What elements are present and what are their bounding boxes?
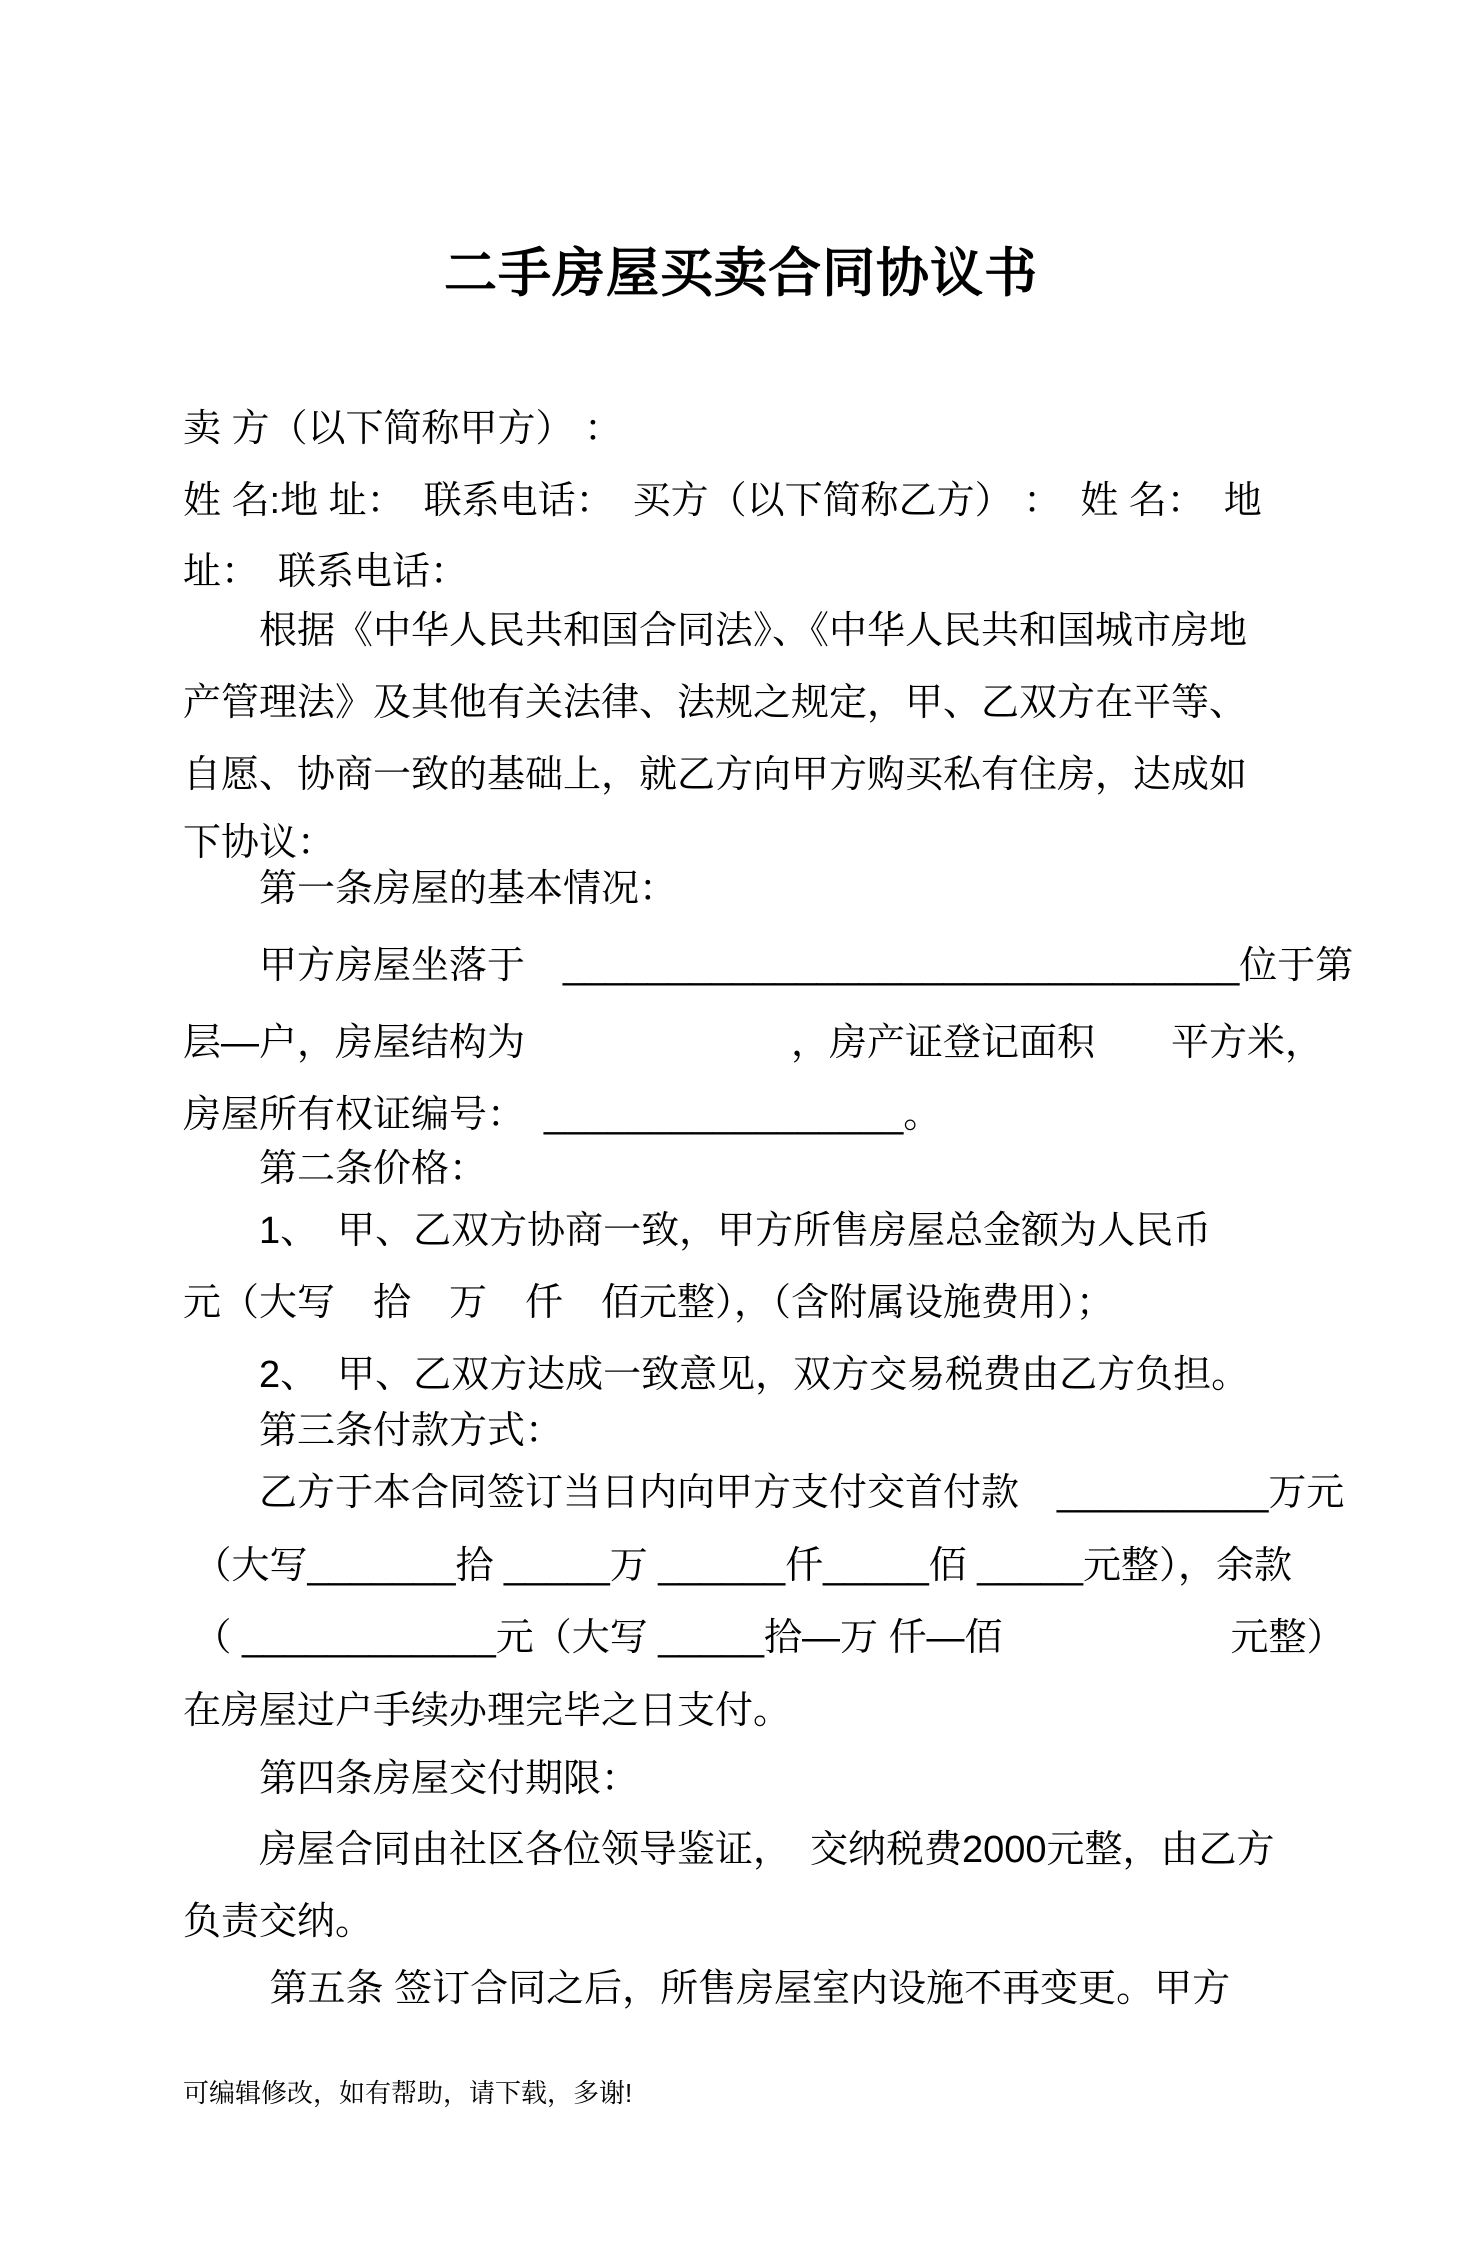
contract-line-article3-text4: 在房屋过户手续办理完毕之日支付。 (183, 1688, 791, 1736)
contract-line-preamble-2: 产管理法》及其他有关法律、法规之规定，甲、乙双方在平等、 (183, 680, 1247, 728)
contract-line-preamble-4: 下协议： (183, 820, 335, 868)
contract-line-article4-text1: 房屋合同由社区各位领导鉴证， 交纳税费2000元整，由乙方 (183, 1827, 1275, 1875)
contract-document-page: 二手房屋买卖合同协议书 卖 方（以下简称甲方） ： 姓 名:地 址： 联系电话：… (0, 0, 1482, 2242)
contract-line-article2-item2: 2、 甲、乙双方达成一致意见，双方交易税费由乙方负担。 (183, 1352, 1249, 1400)
contract-line-article1-text2: 层—户，房屋结构为 ，房产证登记面积 平方米， (183, 1020, 1323, 1068)
contract-line-article4-text2: 负责交纳。 (183, 1899, 373, 1947)
contract-line-article2-item1b: 元（大写 拾 万 仟 佰元整），（含附属设施费用）； (183, 1280, 1114, 1328)
contract-line-article3-text3: （ ____________元（大写 _____拾—万 仟—佰 元整） (183, 1615, 1345, 1663)
contract-line-article3-text1: 乙方于本合同签订当日内向甲方支付交首付款 __________万元 (183, 1470, 1344, 1518)
footer-note: 可编辑修改，如有帮助，请下载，多谢! (183, 2078, 632, 2109)
contract-line-article2-heading: 第二条价格： (183, 1146, 487, 1194)
contract-line-preamble-3: 自愿、协商一致的基础上，就乙方向甲方购买私有住房，达成如 (183, 752, 1247, 800)
contract-line-article2-item1a: 1、 甲、乙双方协商一致，甲方所售房屋总金额为人民币 (183, 1208, 1211, 1256)
contract-line-article1-text3: 房屋所有权证编号： _________________。 (183, 1092, 941, 1140)
contract-line-article4-heading: 第四条房屋交付期限： (183, 1756, 639, 1804)
contract-line-seller-party: 卖 方（以下简称甲方） ： (183, 406, 622, 454)
contract-line-article3-text2: （大写_______拾 _____万 ______仟_____佰 _____元整… (183, 1543, 1292, 1591)
contract-line-name-address: 姓 名:地 址： 联系电话： 买方（以下简称乙方） ： 姓 名： 地 (183, 478, 1262, 526)
contract-line-article1-heading: 第一条房屋的基本情况： (183, 866, 677, 914)
contract-line-address-phone: 址： 联系电话： (183, 549, 468, 597)
contract-line-article3-heading: 第三条付款方式： (183, 1408, 563, 1456)
contract-line-article1-text1: 甲方房屋坐落于 ________________________________… (183, 943, 1353, 991)
contract-line-preamble-1: 根据《中华人民共和国合同法》、《中华人民共和国城市房地 (183, 608, 1247, 656)
contract-line-article5-text: 第五条 签订合同之后，所售房屋室内设施不再变更。甲方 (183, 1966, 1230, 2014)
document-title: 二手房屋买卖合同协议书 (0, 244, 1482, 305)
